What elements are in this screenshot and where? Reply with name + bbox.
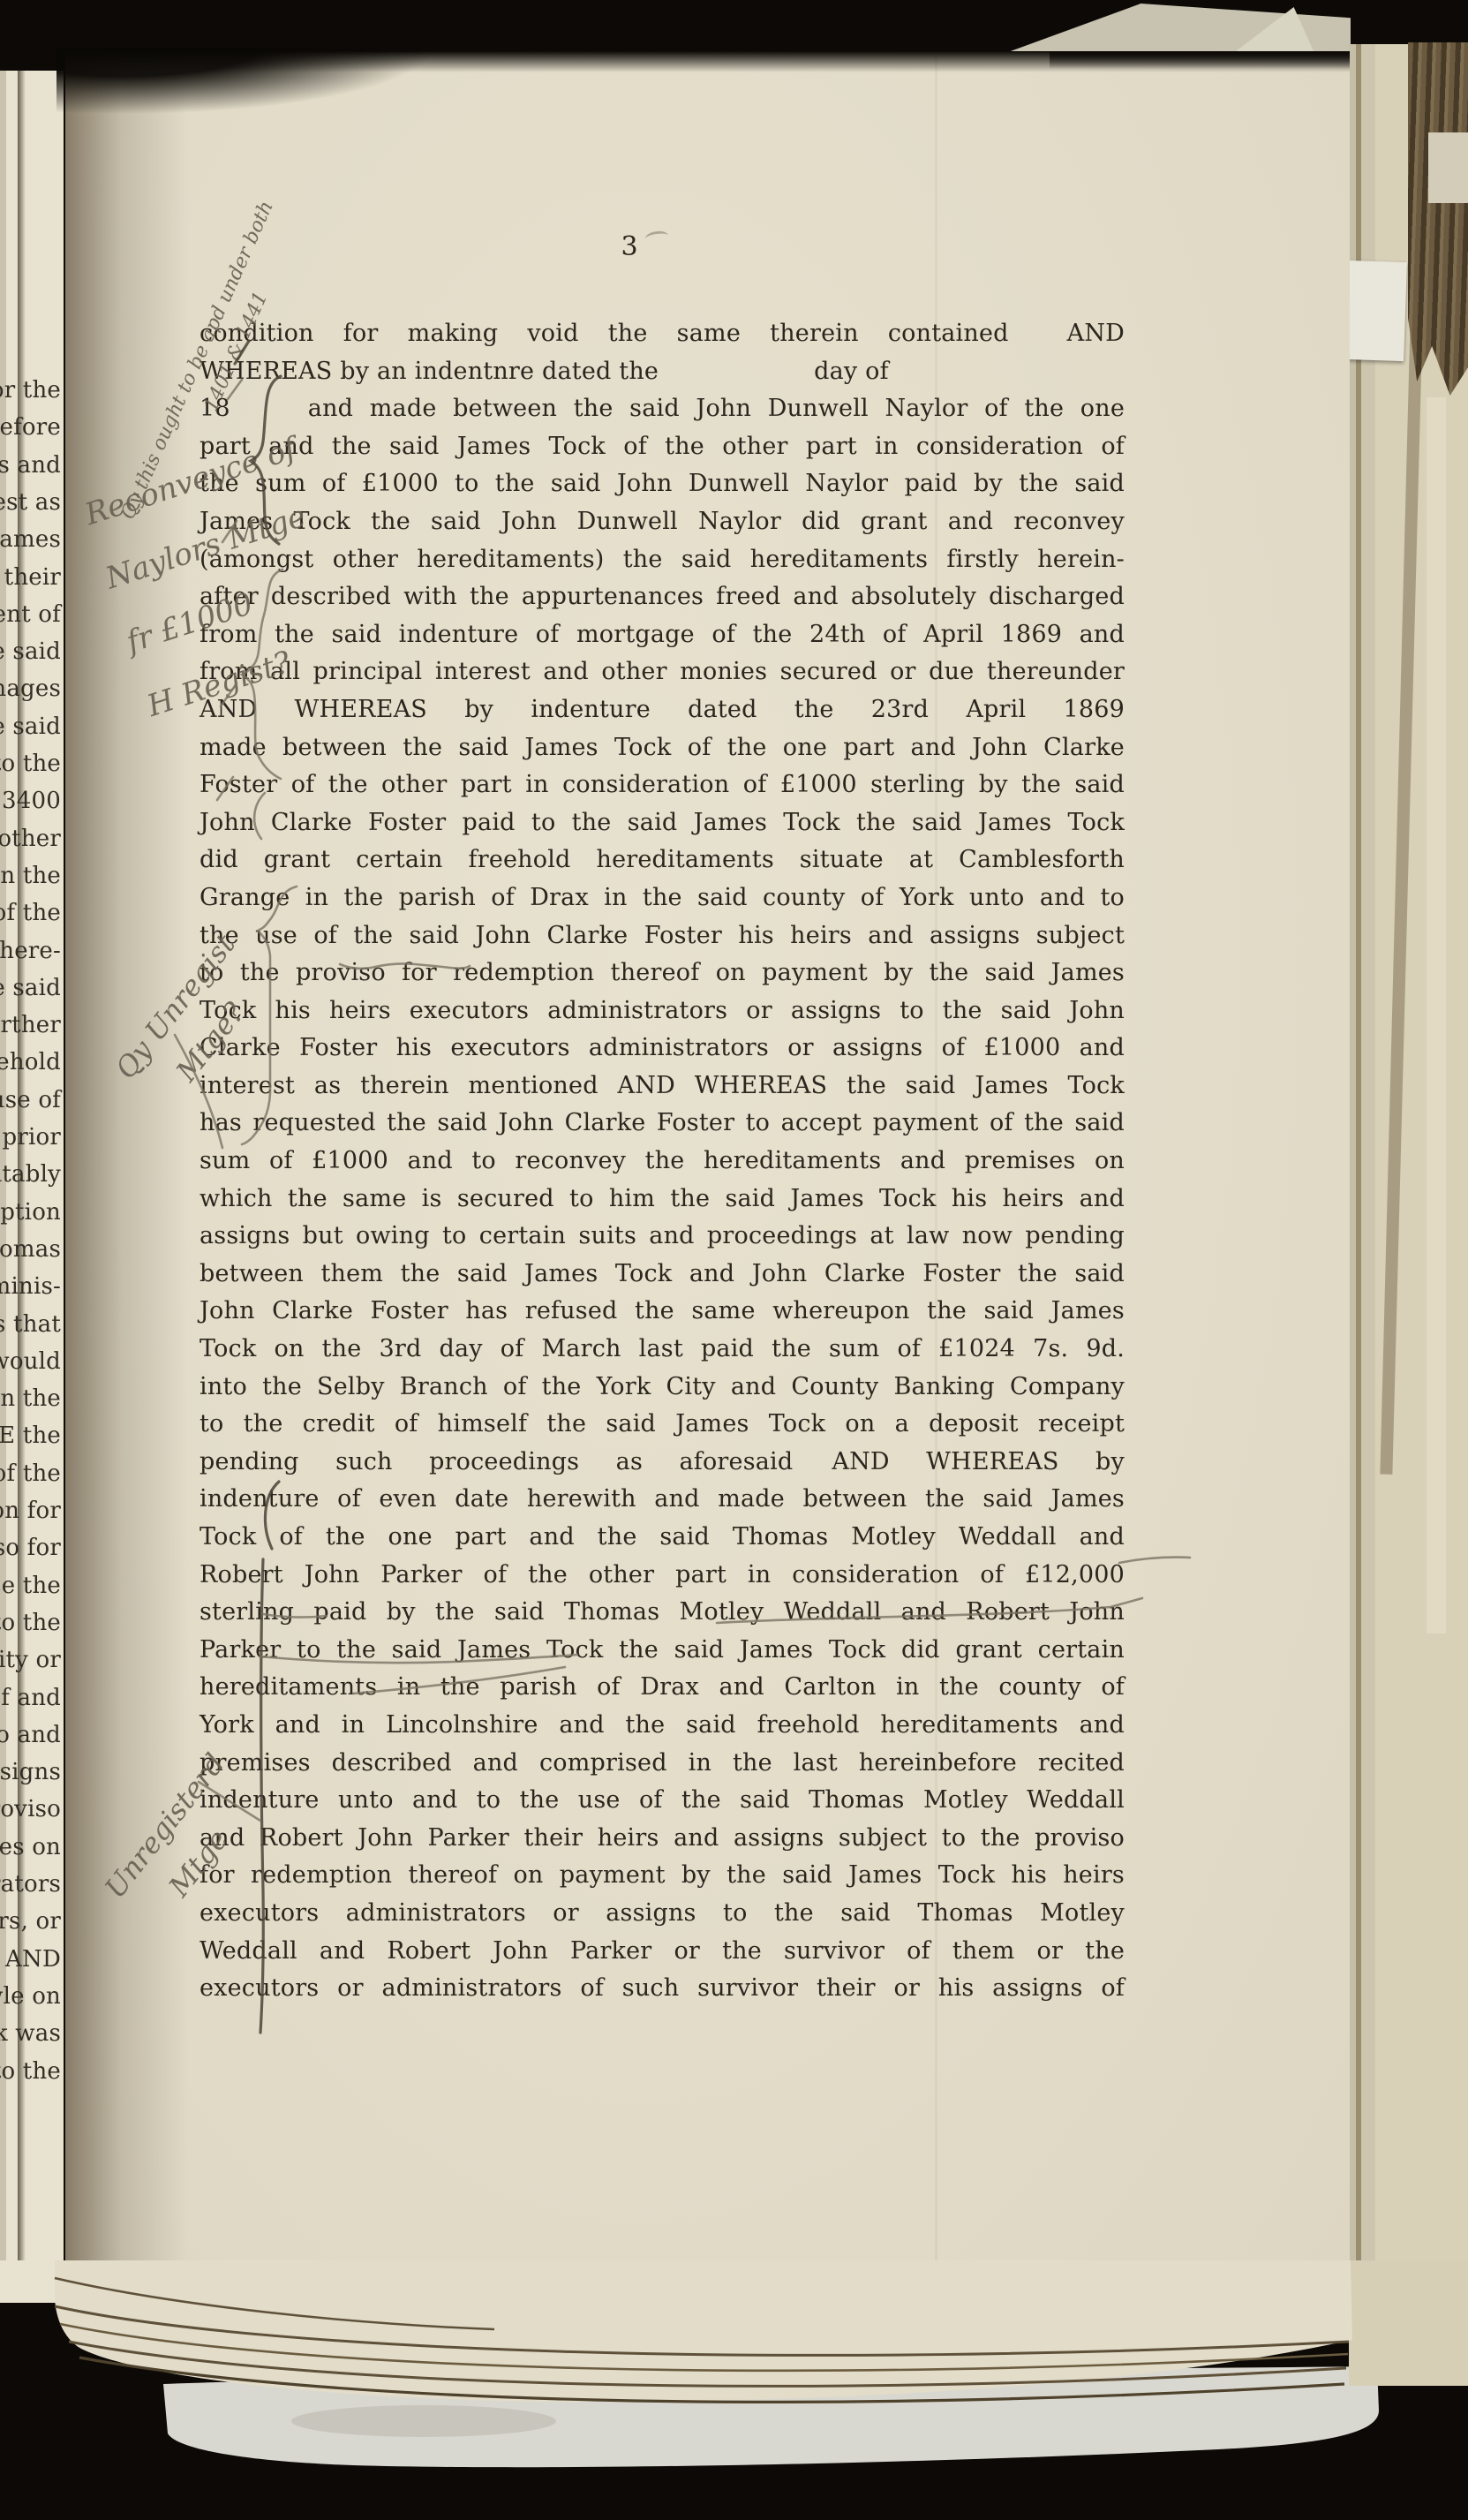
page-fragment: Thomas	[0, 1236, 61, 1263]
page-fragment: ch prior	[0, 1124, 61, 1151]
page-fragment: E of the	[0, 1460, 61, 1487]
page-fragment: erest as	[0, 489, 61, 516]
text-line: indenture of even date herewith and made…	[199, 1481, 1125, 1519]
page-fragment: d their	[0, 564, 61, 591]
strip-edge-band	[0, 71, 6, 2313]
page-fragment: l James	[0, 526, 61, 553]
page-fragment: to the	[0, 1610, 61, 1636]
page-fragment: een the	[0, 863, 61, 889]
text-line: to the credit of himself the said James …	[199, 1406, 1125, 1444]
text-line: into the Selby Branch of the York City a…	[199, 1369, 1125, 1407]
text-line: for redemption thereof on payment by the…	[199, 1857, 1125, 1895]
page-fragment: quitably	[0, 1161, 61, 1188]
page-fragment: emption	[0, 1199, 61, 1226]
text-line: executors or administrators of such surv…	[199, 1970, 1125, 2008]
page-fragment: wle on	[0, 1983, 61, 2010]
charred-top-right	[1050, 51, 1350, 69]
page-edge-sliver	[1427, 397, 1446, 1633]
text-line: Clarke Foster his executors administrato…	[199, 1030, 1125, 1068]
page-fragment: tly here-	[0, 938, 61, 964]
page-fragment: freehold	[0, 1049, 61, 1075]
page-fragment: inbefore	[0, 414, 61, 441]
previous-page-strip: s for theinbeforeies anderest asl Jamesd…	[0, 71, 64, 2313]
text-line: Parker to the said James Tock the said J…	[199, 1632, 1125, 1670]
text-line: premises described and comprised in the …	[199, 1745, 1125, 1783]
page-fragment: quity or	[0, 1647, 61, 1673]
text-line: the use of the said John Clarke Foster h…	[199, 917, 1125, 955]
text-line: Tock of the one part and the said Thomas…	[199, 1519, 1125, 1557]
text-line: which the same is secured to him the sai…	[199, 1181, 1125, 1219]
text-line: Weddall and Robert John Parker or the su…	[199, 1933, 1125, 1971]
text-line: assigns but owing to certain suits and p…	[199, 1218, 1125, 1256]
page-number: 3	[199, 231, 1082, 262]
text-line: York and in Lincolnshire and the said fr…	[199, 1707, 1125, 1745]
page-fragment: strators	[0, 1871, 61, 1898]
text-line: sum of £1000 and to reconvey the heredit…	[199, 1143, 1125, 1181]
page-number-value: 3	[621, 231, 637, 262]
text-line: interest as therein mentioned AND WHEREA…	[199, 1068, 1125, 1105]
text-line: did grant certain freehold hereditaments…	[199, 841, 1125, 879]
ink-smudge	[644, 230, 669, 244]
book-scan-photo: s for theinbeforeies anderest asl Jamesd…	[0, 0, 1468, 2520]
page-fragment: s would	[0, 1348, 61, 1375]
text-line: (amongst other hereditaments) the said h…	[199, 541, 1125, 579]
blank-space	[1009, 340, 1067, 341]
text-line: indenture unto and to the use of the sai…	[199, 1782, 1125, 1820]
page-fragment: viso for	[0, 1535, 61, 1561]
text-line: between them the said James Tock and Joh…	[199, 1256, 1125, 1294]
page-fragment: gns that	[0, 1311, 61, 1338]
page-fragment: proviso	[0, 1796, 61, 1822]
strip-crease	[18, 71, 26, 2313]
text-line: to the proviso for redemption thereof on…	[199, 954, 1125, 992]
text-line: Robert John Parker of the other part in …	[199, 1557, 1125, 1595]
page-fragment: nce the	[0, 1573, 61, 1599]
page-fragment: f £3400	[0, 788, 61, 814]
page-fragment: damages	[0, 675, 61, 702]
page-fragment: k of the	[0, 900, 61, 926]
text-line: AND WHEREAS by indenture dated the 23rd …	[199, 691, 1125, 729]
text-line: Tock on the 3rd day of March last paid t…	[199, 1331, 1125, 1369]
page-fragment: k was	[0, 2020, 61, 2047]
page-fragment: e said	[0, 638, 61, 665]
sheet-smudge	[291, 2405, 556, 2437]
page-fragment: s to the	[0, 751, 61, 777]
page-fragment: the said	[0, 975, 61, 1001]
text-line: hereditaments in the parish of Drax and …	[199, 1669, 1125, 1707]
page-fragment: s for the	[0, 377, 61, 404]
under-page-bottom	[1349, 2260, 1468, 2386]
text-line: part and the said James Tock of the othe…	[199, 428, 1125, 466]
text-line: John Clarke Foster has refused the same …	[199, 1293, 1125, 1331]
text-line: sterling paid by the said Thomas Motley …	[199, 1594, 1125, 1632]
text-line: the sum of £1000 to the said John Dunwel…	[199, 465, 1125, 503]
page-fragment: another	[0, 826, 61, 852]
page-fragment: tors, or	[0, 1908, 61, 1935]
text-line: executors administrators or assigns to t…	[199, 1895, 1125, 1933]
page-fragment: use of	[0, 1087, 61, 1113]
blank-space	[659, 378, 814, 379]
charred-corner-blotch	[56, 48, 436, 115]
text-line: condition for making void the same there…	[199, 315, 1125, 353]
text-line: made between the said James Tock of the …	[199, 729, 1125, 767]
bottom-page-edges	[0, 2260, 1468, 2520]
blank-space	[793, 1468, 832, 1469]
page-fragment: ion for	[0, 1498, 61, 1524]
page-fragment: further	[0, 1012, 61, 1038]
text-line: pending such proceedings as aforesaidAND…	[199, 1444, 1125, 1482]
text-line: and Robert John Parker their heirs and a…	[199, 1820, 1125, 1858]
page-fragment: ment of	[0, 601, 61, 628]
page-fragment: ses on	[0, 1834, 61, 1860]
text-line: Tock his heirs executors administrators …	[199, 992, 1125, 1030]
text-line: James Tock the said John Dunwell Naylor …	[199, 503, 1125, 541]
page-fragment: o and	[0, 1722, 61, 1748]
page-fragment: of and	[0, 1685, 61, 1711]
page-fragment: AND	[5, 1946, 61, 1973]
page-fragment: dminis-	[0, 1273, 61, 1300]
page-fragment: the said	[0, 713, 61, 740]
text-line: John Clarke Foster paid to the said Jame…	[199, 804, 1125, 842]
text-line: WHEREAS by an indentnre dated theday of	[199, 353, 1125, 391]
page-fragment: to the	[0, 2058, 61, 2085]
text-line: has requested the said John Clarke Foste…	[199, 1105, 1125, 1143]
document-text: condition for making void the same there…	[199, 315, 1125, 2008]
text-line: 18and made between the said John Dunwell…	[199, 390, 1125, 428]
page-fragment: e in the	[0, 1385, 61, 1412]
worn-page-edges	[1408, 42, 1468, 396]
blank-space	[230, 415, 308, 416]
page-fragment: assigns	[0, 1759, 61, 1785]
page-fragment: OSE the	[0, 1422, 61, 1449]
text-line: Grange in the parish of Drax in the said…	[199, 879, 1125, 917]
page-fragment: ies and	[0, 452, 61, 479]
text-line: Foster of the other part in consideratio…	[199, 766, 1125, 804]
paper-scrap	[1428, 132, 1468, 203]
paper-tab	[1342, 260, 1407, 361]
strip-bottom	[0, 2260, 64, 2303]
